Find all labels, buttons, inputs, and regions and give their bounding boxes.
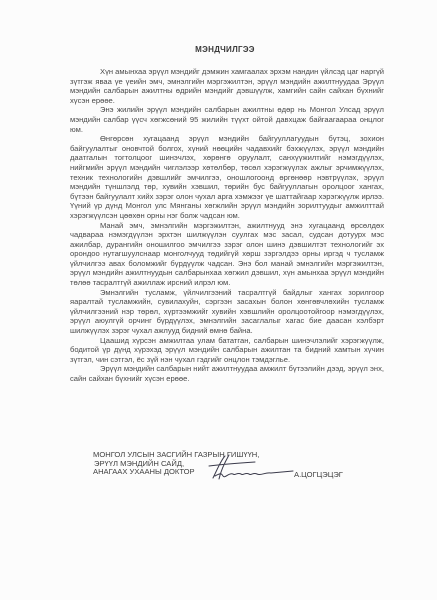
- paragraph: Энэ жилийн эрүүл мэндийн салбарын ажилтн…: [70, 105, 384, 134]
- handwritten-signature-icon: [205, 452, 295, 482]
- letter-body: Хүн амынхаа эрүүл мэндийг дэмжин хамгаал…: [70, 67, 384, 384]
- document-title: МЭНДЧИЛГЭЭ: [0, 45, 437, 54]
- paragraph: Манай эмч, эмнэлгийн мэргэжилтэн, ажилтн…: [70, 221, 384, 288]
- paragraph: Цаашид хүрсэн амжилтаа улам бататган, са…: [70, 336, 384, 365]
- letter-page: МЭНДЧИЛГЭЭ Хүн амынхаа эрүүл мэндийг дэм…: [0, 0, 437, 600]
- paragraph: Өнгөрсөн хугацаанд эрүүл мэндийн байгуул…: [70, 134, 384, 220]
- signer-name: А.ЦОГЦЭЦЭГ: [294, 470, 343, 479]
- paragraph: Эмнэлгийн тусламж, үйлчилгээний тасралтг…: [70, 288, 384, 336]
- paragraph: Эрүүл мэндийн салбарын нийт ажилтнуудаа …: [70, 364, 384, 383]
- paragraph: Хүн амынхаа эрүүл мэндийг дэмжин хамгаал…: [70, 67, 384, 105]
